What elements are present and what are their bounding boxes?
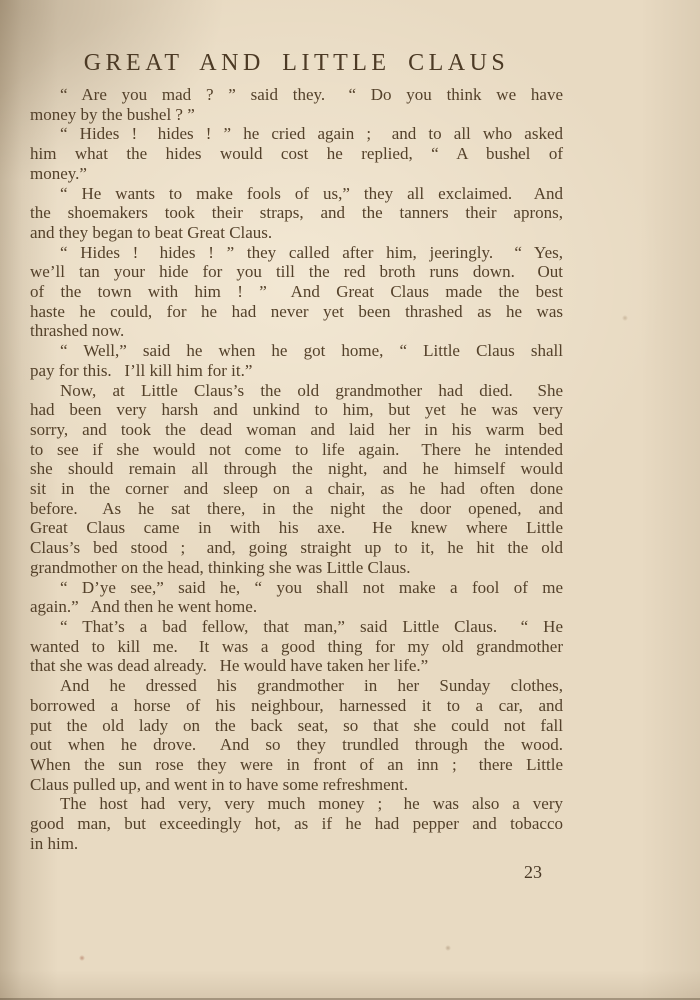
text-line: haste he could, for he had never yet bee…	[30, 302, 563, 322]
text-line: sit in the corner and sleep on a chair, …	[30, 479, 563, 499]
story-text: “ Are you mad ? ” said they. “ Do you th…	[30, 85, 563, 853]
text-line: thrashed now.	[30, 321, 563, 341]
text-line: borrowed a horse of his neighbour, harne…	[30, 696, 563, 716]
paragraph: “ He wants to make fools of us,” they al…	[30, 184, 563, 243]
paragraph: Now, at Little Claus’s the old grandmoth…	[30, 381, 563, 578]
text-line: good man, but exceedingly hot, as if he …	[30, 814, 563, 834]
paragraph: “ That’s a bad fellow, that man,” said L…	[30, 617, 563, 676]
text-line: that she was dead already. He would have…	[30, 656, 563, 676]
text-line: Claus pulled up, and went in to have som…	[30, 775, 563, 795]
text-line: the shoemakers took their straps, and th…	[30, 203, 563, 223]
text-line: out when he drove. And so they trundled …	[30, 735, 563, 755]
text-line: him what the hides would cost he replied…	[30, 144, 563, 164]
text-line: “ D’ye see,” said he, “ you shall not ma…	[30, 578, 563, 598]
text-line: grandmother on the head, thinking she wa…	[30, 558, 563, 578]
paragraph: “ Are you mad ? ” said they. “ Do you th…	[30, 85, 563, 124]
text-line: “ Hides ! hides ! ” he cried again ; and…	[30, 124, 563, 144]
paragraph: “ Hides ! hides ! ” he cried again ; and…	[30, 124, 563, 183]
page-number: 23	[30, 862, 542, 883]
text-line: again.” And then he went home.	[30, 597, 563, 617]
text-line: “ Are you mad ? ” said they. “ Do you th…	[30, 85, 563, 105]
text-line: of the town with him ! ” And Great Claus…	[30, 282, 563, 302]
paragraph: “ D’ye see,” said he, “ you shall not ma…	[30, 578, 563, 617]
text-line: she should remain all through the night,…	[30, 459, 563, 479]
text-line: money by the bushel ? ”	[30, 105, 563, 125]
page-title: GREAT AND LITTLE CLAUS	[30, 50, 563, 77]
text-line: When the sun rose they were in front of …	[30, 755, 563, 775]
text-line: sorry, and took the dead woman and laid …	[30, 420, 563, 440]
text-line: The host had very, very much money ; he …	[30, 794, 563, 814]
text-line: had been very harsh and unkind to him, b…	[30, 400, 563, 420]
text-line: money.”	[30, 164, 563, 184]
book-page: GREAT AND LITTLE CLAUS “ Are you mad ? ”…	[0, 0, 700, 1000]
text-line: “ Hides ! hides ! ” they called after hi…	[30, 243, 563, 263]
text-line: we’ll tan your hide for you till the red…	[30, 262, 563, 282]
text-line: and they began to beat Great Claus.	[30, 223, 563, 243]
text-line: Great Claus came in with his axe. He kne…	[30, 518, 563, 538]
text-line: to see if she would not come to life aga…	[30, 440, 563, 460]
text-line: before. As he sat there, in the night th…	[30, 499, 563, 519]
text-line: “ That’s a bad fellow, that man,” said L…	[30, 617, 563, 637]
paragraph: “ Well,” said he when he got home, “ Lit…	[30, 341, 563, 380]
text-line: wanted to kill me. It was a good thing f…	[30, 637, 563, 657]
text-line: “ Well,” said he when he got home, “ Lit…	[30, 341, 563, 361]
paragraph: The host had very, very much money ; he …	[30, 794, 563, 853]
text-line: Claus’s bed stood ; and, going straight …	[30, 538, 563, 558]
text-line: put the old lady on the back seat, so th…	[30, 716, 563, 736]
text-line: “ He wants to make fools of us,” they al…	[30, 184, 563, 204]
paragraph: “ Hides ! hides ! ” they called after hi…	[30, 243, 563, 342]
text-line: And he dressed his grandmother in her Su…	[30, 676, 563, 696]
paragraph: And he dressed his grandmother in her Su…	[30, 676, 563, 794]
text-line: Now, at Little Claus’s the old grandmoth…	[30, 381, 563, 401]
text-line: pay for this. I’ll kill him for it.”	[30, 361, 563, 381]
text-line: in him.	[30, 834, 563, 854]
